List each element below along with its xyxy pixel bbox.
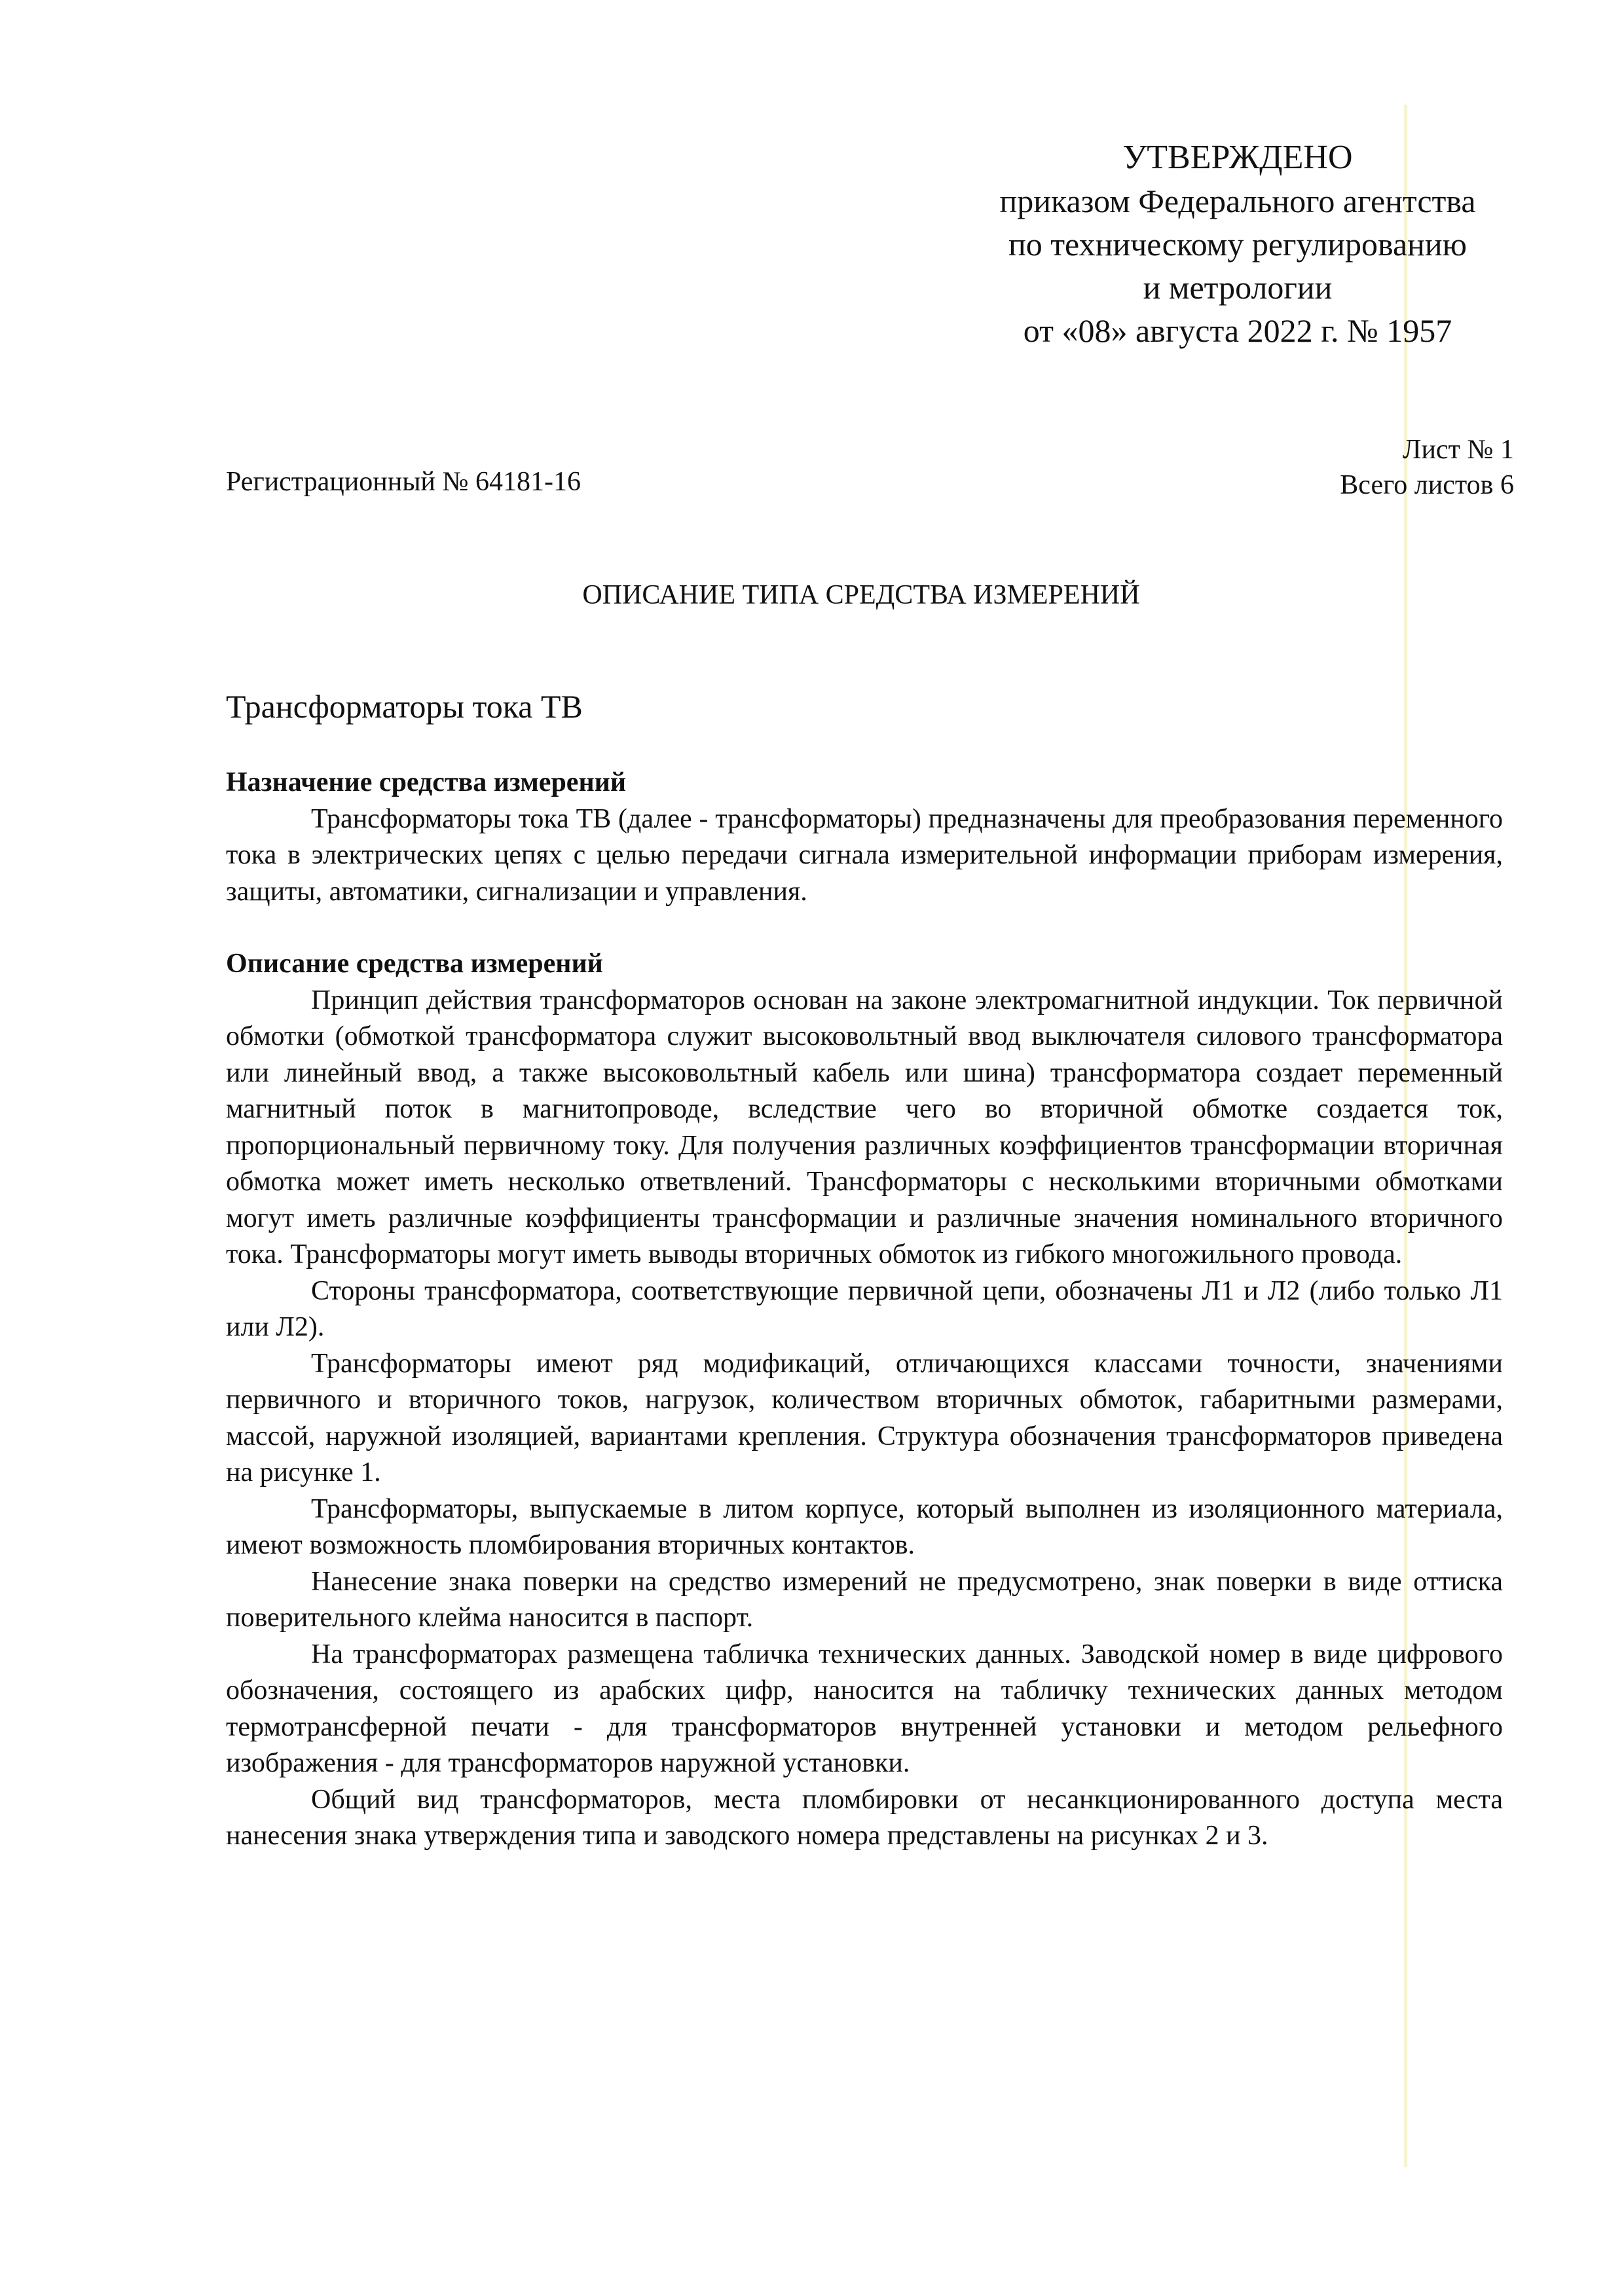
document-body: Назначение средства измерений Трансформа… [226,765,1503,1855]
product-name: Трансформаторы тока ТВ [226,687,583,725]
spacer [226,910,1503,946]
section-heading-description: Описание средства измерений [226,946,1503,983]
paragraph: Общий вид трансформаторов, места пломбир… [226,1782,1503,1855]
paragraph: Трансформаторы, выпускаемые в литом корп… [226,1491,1503,1564]
sheet-info: Лист № 1 Всего листов 6 [1340,432,1514,503]
approval-order-date: от «08» августа 2022 г. № 1957 [930,309,1545,352]
approval-line: и метрологии [930,266,1545,309]
paragraph: Трансформаторы тока ТВ (далее - трансфор… [226,801,1503,911]
approval-title: УТВЕРЖДЕНО [930,136,1545,179]
section-heading-purpose: Назначение средства измерений [226,765,1503,801]
document-title: ОПИСАНИЕ ТИПА СРЕДСТВА ИЗМЕРЕНИЙ [0,579,1624,611]
approval-line: по техническому регулированию [930,223,1545,266]
approval-stamp-block: УТВЕРЖДЕНО приказом Федерального агентст… [930,136,1545,352]
paragraph: Нанесение знака поверки на средство изме… [226,1564,1503,1637]
paragraph: Трансформаторы имеют ряд модификаций, от… [226,1346,1503,1491]
paragraph: Принцип действия трансформаторов основан… [226,983,1503,1273]
sheet-number: Лист № 1 [1340,432,1514,467]
paragraph: На трансформаторах размещена табличка те… [226,1637,1503,1782]
sheet-total: Всего листов 6 [1340,467,1514,503]
paragraph: Стороны трансформатора, соответствующие … [226,1273,1503,1346]
registration-number: Регистрационный № 64181-16 [226,466,581,498]
approval-line: приказом Федерального агентства [930,179,1545,223]
